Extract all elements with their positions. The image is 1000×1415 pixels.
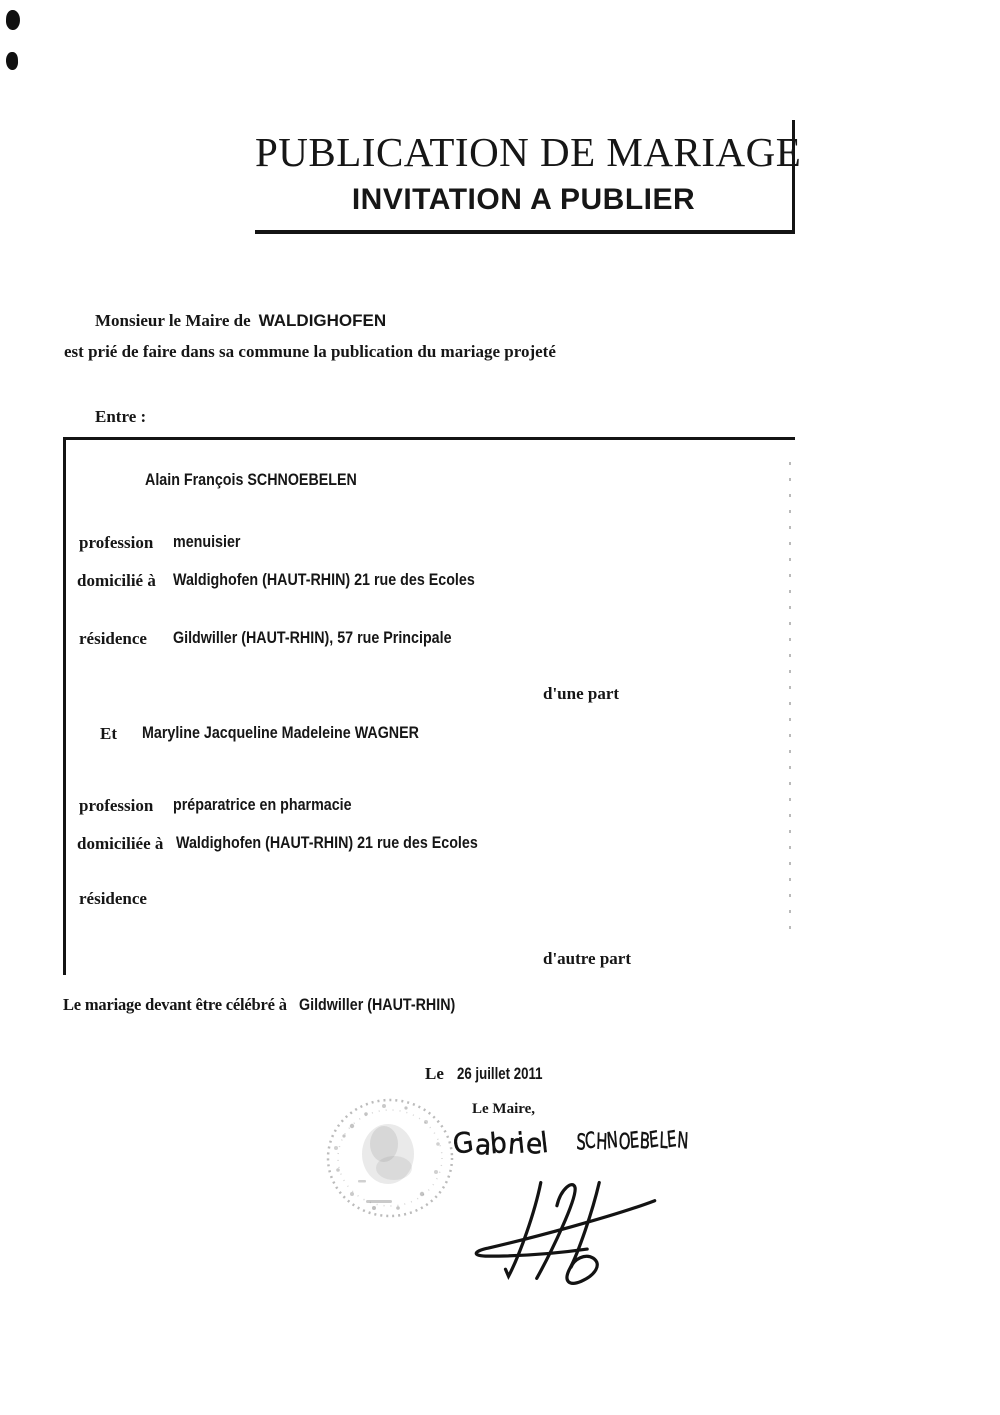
handwritten-first-name: Gabriel: [451, 1124, 550, 1162]
bride-part-label: d'autre part: [543, 949, 631, 969]
title-box: PUBLICATION DE MARIAGE INVITATION A PUBL…: [255, 120, 795, 234]
and-label: Et: [100, 724, 117, 744]
celebration-place: Gildwiller (HAUT-RHIN): [299, 995, 485, 1014]
bride-profession-value: préparatrice en pharmacie: [173, 795, 386, 815]
groom-residence-label: résidence: [79, 629, 147, 649]
request-line: est prié de faire dans sa commune la pub…: [64, 342, 556, 362]
handwritten-signer-name: Gabriel SCHNOEBELEN: [440, 1112, 705, 1167]
groom-residence-value: Gildwiller (HAUT-RHIN), 57 rue Principal…: [173, 628, 505, 648]
scan-artifact-mark: [5, 10, 20, 31]
scan-artifact-mark: [6, 52, 19, 71]
parties-box: Alain François SCHNOEBELEN profession me…: [63, 437, 795, 975]
date-label: Le: [425, 1064, 444, 1083]
groom-domicile-value: Waldighofen (HAUT-RHIN) 21 rue des Ecole…: [173, 570, 532, 590]
addressee-line: Monsieur le Maire de WALDIGHOFEN: [95, 311, 386, 331]
celebration-label: Le mariage devant être célébré à: [63, 995, 287, 1014]
bride-residence-label: résidence: [79, 889, 147, 909]
municipal-stamp-icon: [318, 1092, 462, 1228]
addressee-prefix: Monsieur le Maire de: [95, 311, 251, 330]
groom-name: Alain François SCHNOEBELEN: [145, 470, 397, 490]
document-title: PUBLICATION DE MARIAGE: [255, 128, 792, 176]
handwritten-last-name: SCHNOEBELEN: [575, 1127, 690, 1156]
groom-profession-label: profession: [79, 533, 153, 553]
addressee-commune: WALDIGHOFEN: [259, 311, 387, 330]
scanned-marriage-publication-document: PUBLICATION DE MARIAGE INVITATION A PUBL…: [0, 0, 1000, 1415]
bride-profession-label: profession: [79, 796, 153, 816]
groom-profession-value: menuisier: [173, 532, 253, 552]
celebration-line: Le mariage devant être célébré à Gildwil…: [63, 995, 485, 1015]
groom-domicile-label: domicilié à: [77, 571, 156, 591]
groom-part-label: d'une part: [543, 684, 619, 704]
bride-domicile-value: Waldighofen (HAUT-RHIN) 21 rue des Ecole…: [176, 833, 535, 853]
signature-flourish: [443, 1178, 695, 1300]
bride-domicile-label: domiciliée à: [77, 834, 163, 854]
date-line: Le 26 juillet 2011: [425, 1064, 567, 1084]
between-label: Entre :: [95, 407, 146, 427]
bride-name: Maryline Jacqueline Madeleine WAGNER: [142, 723, 472, 743]
document-subtitle: INVITATION A PUBLIER: [255, 183, 792, 217]
date-value: 26 juillet 2011: [457, 1064, 567, 1083]
